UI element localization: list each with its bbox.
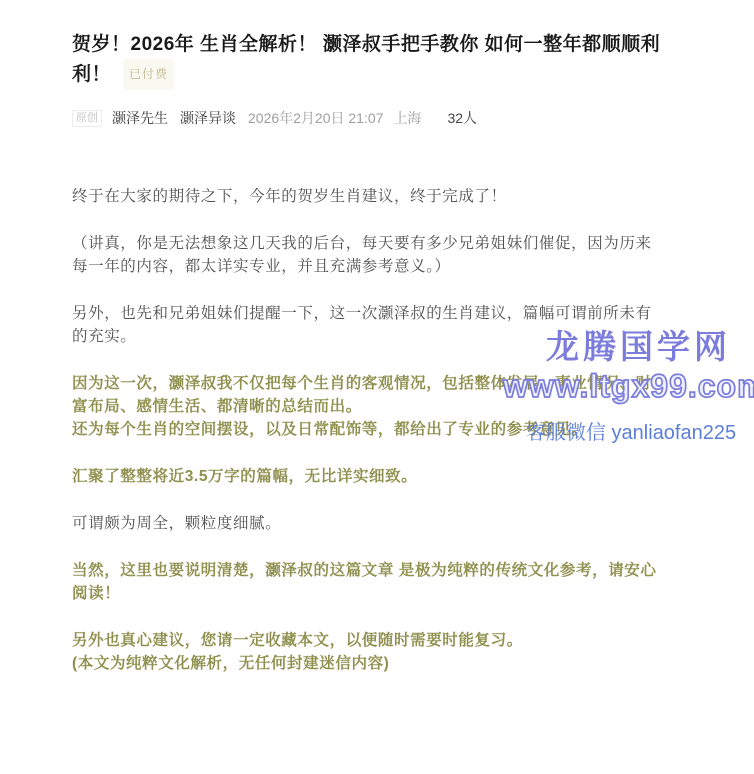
- article-page: 贺岁！2026年 生肖全解析！ 灏泽叔手把手教你 如何一整年都顺顺利利！已付费 …: [0, 0, 754, 774]
- article-title: 贺岁！2026年 生肖全解析！ 灏泽叔手把手教你 如何一整年都顺顺利利！已付费: [72, 30, 684, 90]
- publish-date: 2026年2月20日 21:07: [248, 108, 383, 128]
- paragraph-6: 可谓颇为周全，颗粒度细腻。: [72, 512, 657, 535]
- paragraph-8-line-2: (本文为纯粹文化解析，无任何封建迷信内容): [72, 652, 657, 675]
- paragraph-4: 因为这一次，灏泽叔我不仅把每个生肖的客观情况，包括整体发展、事业情况、财富布局、…: [72, 372, 657, 441]
- article-body: 终于在大家的期待之下，今年的贺岁生肖建议，终于完成了！ （讲真，你是无法想象这几…: [72, 185, 684, 675]
- article-container: 贺岁！2026年 生肖全解析！ 灏泽叔手把手教你 如何一整年都顺顺利利！已付费 …: [0, 0, 754, 675]
- paragraph-7: 当然，这里也要说明清楚，灏泽叔的这篇文章 是极为纯粹的传统文化参考，请安心阅读！: [72, 559, 657, 605]
- paragraph-5: 汇聚了整整将近3.5万字的篇幅，无比详实细致。: [72, 465, 657, 488]
- paragraph-4-line-2: 还为每个生肖的空间摆设，以及日常配饰等，都给出了专业的参考意见。: [72, 418, 657, 441]
- byline: 原创 灏泽先生 灏泽异谈 2026年2月20日 21:07 上海 32人: [72, 108, 684, 128]
- original-tag: 原创: [72, 110, 102, 127]
- paragraph-2: （讲真，你是无法想象这几天我的后台，每天要有多少兄弟姐妹们催促，因为历来每一年的…: [72, 232, 657, 278]
- paragraph-4-line-1: 因为这一次，灏泽叔我不仅把每个生肖的客观情况，包括整体发展、事业情况、财富布局、…: [72, 372, 657, 418]
- publish-location: 上海: [393, 108, 421, 128]
- author-name-link[interactable]: 灏泽先生: [112, 108, 168, 128]
- paragraph-8: 另外也真心建议，您请一定收藏本文，以便随时需要时能复习。 (本文为纯粹文化解析，…: [72, 629, 657, 675]
- account-name-link[interactable]: 灏泽异谈: [180, 108, 236, 128]
- paid-badge: 已付费: [123, 59, 174, 90]
- readers-count[interactable]: 32人: [447, 108, 477, 128]
- paragraph-3: 另外，也先和兄弟姐妹们提醒一下，这一次灏泽叔的生肖建议，篇幅可谓前所未有的充实。: [72, 302, 657, 348]
- paragraph-8-line-1: 另外也真心建议，您请一定收藏本文，以便随时需要时能复习。: [72, 629, 657, 652]
- paragraph-1: 终于在大家的期待之下，今年的贺岁生肖建议，终于完成了！: [72, 185, 657, 208]
